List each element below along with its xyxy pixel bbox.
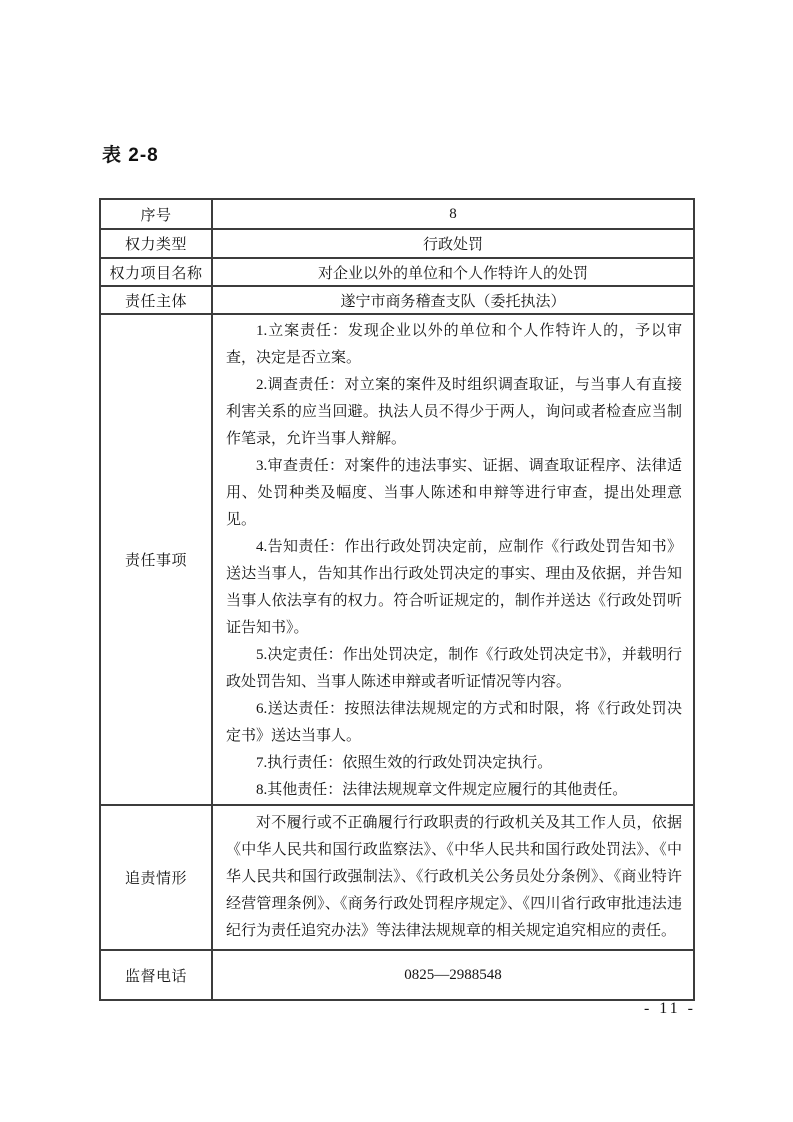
duty-paragraph: 8.其他责任：法律法规规章文件规定应履行的其他责任。 [226,777,682,804]
row-power-item-name: 权力项目名称 对企业以外的单位和个人作特许人的处罚 [100,258,694,286]
row-value: 行政处罚 [212,229,694,258]
page-number: - 11 - [644,1000,696,1018]
duty-paragraph: 4.告知责任：作出行政处罚决定前，应制作《行政处罚告知书》送达当事人，告知其作出… [226,534,682,642]
duty-paragraph: 6.送达责任：按照法律法规规定的方式和时限，将《行政处罚决定书》送达当事人。 [226,696,682,750]
row-label: 追责情形 [100,805,212,950]
row-label: 序号 [100,199,212,229]
row-supervision-phone: 监督电话 0825—2988548 [100,950,694,1000]
row-label: 监督电话 [100,950,212,1000]
row-label: 责任主体 [100,286,212,314]
duty-items-text: 1.立案责任：发现企业以外的单位和个人作特许人的，予以审查，决定是否立案。 2.… [212,314,694,805]
row-value: 8 [212,199,694,229]
duty-paragraph: 5.决定责任：作出处罚决定，制作《行政处罚决定书》，并载明行政处罚告知、当事人陈… [226,642,682,696]
table-caption: 表 2-8 [102,140,159,167]
row-serial-number: 序号 8 [100,199,694,229]
duty-paragraph: 2.调查责任：对立案的案件及时组织调查取证，与当事人有直接利害关系的应当回避。执… [226,372,682,453]
row-duty-items: 责任事项 1.立案责任：发现企业以外的单位和个人作特许人的，予以审查，决定是否立… [100,314,694,805]
accountability-text: 对不履行或不正确履行行政职责的行政机关及其工作人员，依据《中华人民共和国行政监察… [212,805,694,950]
row-accountability-situations: 追责情形 对不履行或不正确履行行政职责的行政机关及其工作人员，依据《中华人民共和… [100,805,694,950]
duty-paragraph: 3.审查责任：对案件的违法事实、证据、调查取证程序、法律适用、处罚种类及幅度、当… [226,453,682,534]
row-power-type: 权力类型 行政处罚 [100,229,694,258]
row-value: 0825—2988548 [212,950,694,1000]
row-label: 权力类型 [100,229,212,258]
row-responsible-entity: 责任主体 遂宁市商务稽查支队（委托执法） [100,286,694,314]
document-page: 表 2-8 序号 8 权力类型 行政处罚 权力项目名称 对企业以外的单位和个人作… [0,0,793,1122]
row-value: 对企业以外的单位和个人作特许人的处罚 [212,258,694,286]
duty-paragraph: 7.执行责任：依照生效的行政处罚决定执行。 [226,750,682,777]
duty-paragraph: 1.立案责任：发现企业以外的单位和个人作特许人的，予以审查，决定是否立案。 [226,318,682,372]
row-value: 遂宁市商务稽查支队（委托执法） [212,286,694,314]
accountability-paragraph: 对不履行或不正确履行行政职责的行政机关及其工作人员，依据《中华人民共和国行政监察… [226,810,682,945]
row-label: 责任事项 [100,314,212,805]
row-label: 权力项目名称 [100,258,212,286]
power-duty-table: 序号 8 权力类型 行政处罚 权力项目名称 对企业以外的单位和个人作特许人的处罚… [99,198,695,1001]
